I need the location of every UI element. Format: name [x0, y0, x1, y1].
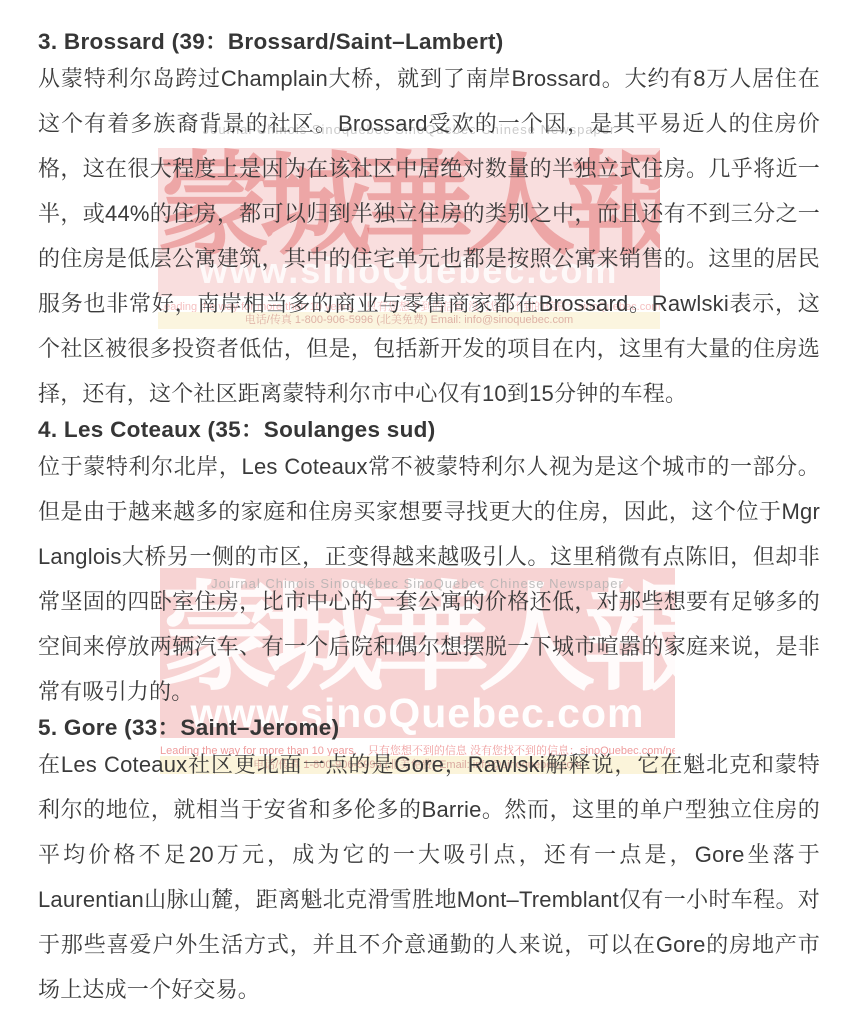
- section-paragraph-gore: 在Les Coteaux社区更北面一点的是Gore，Rawlski解释说，它在魁…: [38, 742, 820, 1012]
- section-heading-les-coteaux: 4. Les Coteaux (35：Soulanges sud): [38, 416, 820, 444]
- section-paragraph-les-coteaux: 位于蒙特利尔北岸，Les Coteaux常不被蒙特利尔人视为是这个城市的一部分。…: [38, 444, 820, 714]
- article-page: Journal Chinois Sinoquébec SinoQuebec Ch…: [0, 0, 856, 1023]
- section-heading-brossard: 3. Brossard (39：Brossard/Saint–Lambert): [38, 28, 820, 56]
- article-content: 3. Brossard (39：Brossard/Saint–Lambert) …: [0, 0, 856, 1012]
- section-heading-gore: 5. Gore (33：Saint–Jerome): [38, 714, 820, 742]
- section-paragraph-brossard: 从蒙特利尔岛跨过Champlain大桥，就到了南岸Brossard。大约有8万人…: [38, 56, 820, 416]
